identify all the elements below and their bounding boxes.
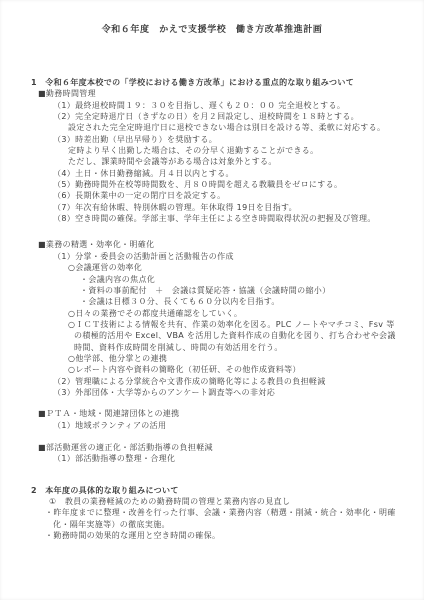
block-kinmu: ■勤務時間管理 （1）最終退校時間１９：３０を目指し、遅くも２０：００ 完全退校… — [0, 88, 424, 224]
doc-line: （2）管理職による分掌統合や文書作成の簡略化等による教員の負担軽減 — [0, 376, 424, 387]
doc-line: ○日々の業務でその都度共通確認をしていく。 — [0, 308, 424, 319]
doc-line: （6）長期休業中の一定の閉庁日を設定する。 — [0, 190, 424, 201]
document-page: 令和６年度 かえで支援学校 働き方改革推進計画 1 令和６年度本校での「学校にお… — [0, 0, 424, 600]
block-header: ■ＰＴＡ・地域・関連諸団体との連携 — [0, 408, 424, 419]
block-header: ■勤務時間管理 — [0, 88, 424, 99]
doc-line: （5）勤務時間外在校等時間数を、月８０時間を超える教職員をゼロにする。 — [0, 179, 424, 190]
block-gyomu: ■業務の精選・効率化・明確化 （1）分掌・委員会の活動計画と活動報告の作成 ○会… — [0, 239, 424, 398]
doc-line: （8）空き時間の確保。学部主事、学年主任による空き時間取得状況の把握及び管理。 — [0, 213, 424, 224]
doc-line: （1）地域ボランティアの活用 — [0, 420, 424, 431]
doc-line: （1）部活動指導の整理・合理化 — [0, 453, 424, 464]
doc-line: （1）最終退校時間１９：３０を目指し、遅くも２０：００ 完全退校とする。 — [0, 100, 424, 111]
section-2-heading: 2 本年度の具体的な取り組みについて — [0, 485, 424, 496]
doc-line: ○会議運営の効率化 — [0, 262, 424, 273]
doc-line: ・会議内容の焦点化 — [0, 274, 424, 285]
section-2: 2 本年度の具体的な取り組みについて ① 教員の業務軽減のための勤務時間の管理と… — [0, 485, 424, 542]
doc-line: ○ＩＣＴ技術による情報を共有、作業の効率化を図る。PLC ノートやマチコミ、Fs… — [0, 319, 424, 330]
doc-line: 定時より早く出勤した場合は、その分早く退勤することができる。 — [0, 145, 424, 156]
document-title: 令和６年度 かえで支援学校 働き方改革推進計画 — [0, 24, 424, 37]
doc-line: ただし、課業時間や会議等がある場合は対象外とする。 — [0, 156, 424, 167]
doc-line: ・会議は目標３０分、長くても６０分以内を目指す。 — [0, 296, 424, 307]
doc-line: （4）土日・休日勤務縮減。月４日以内とする。 — [0, 168, 424, 179]
doc-line: 時間、資料作成時間を削減し、時間の有効活用を行う。 — [0, 342, 424, 353]
block-bukatsu: ■部活動運営の適正化・部活動指導の負担軽減 （1）部活動指導の整理・合理化 — [0, 442, 424, 465]
section-1-heading: 1 令和６年度本校での「学校における働き方改革」における重点的な取り組みついて — [0, 77, 424, 88]
doc-line: （2）完全定時退庁日（きずなの日）を月２回設定し、退校時間を１８時とする。 — [0, 111, 424, 122]
doc-line: ① 教員の業務軽減のための勤務時間の管理と業務内容の見直し — [0, 496, 424, 507]
doc-line: ・資料の事前配付 ＋ 会議は質疑応答・協議（会議時間の縮小） — [0, 285, 424, 296]
doc-line: ・勤務時間の効果的な運用と空き時間の確保。 — [0, 530, 424, 541]
doc-line: （7）年次有給休暇、特別休暇の管理。年休取得 19日を目指す。 — [0, 202, 424, 213]
doc-line: ○他学部、他分掌との連携 — [0, 353, 424, 364]
doc-line: ○レポート内容や資料の簡略化（初任研、その他作成資料等） — [0, 364, 424, 375]
doc-line: （1）分掌・委員会の活動計画と活動報告の作成 — [0, 251, 424, 262]
block-header: ■業務の精選・効率化・明確化 — [0, 239, 424, 250]
doc-line: （3）外部団体・大学等からのアンケート調査等への非対応 — [0, 387, 424, 398]
doc-line: 化・隔年実施等）の徹底実施。 — [0, 519, 424, 530]
doc-line: の積極的活用や Excel、VBA を活用した資料作成の自動化を図り、打ち合わせ… — [0, 330, 424, 341]
doc-line: （3）時差出勤（早出早帰り）を奨励する。 — [0, 134, 424, 145]
block-pta: ■ＰＴＡ・地域・関連諸団体との連携 （1）地域ボランティアの活用 — [0, 408, 424, 431]
doc-line: ・昨年度までに整理・改善を行った行事、会議・業務内容（精選・削減・統合・効率化・… — [0, 507, 424, 518]
doc-line: 設定された完全定時退庁日に退校できない場合は別日を設ける等、柔軟に対応する。 — [0, 122, 424, 133]
block-header: ■部活動運営の適正化・部活動指導の負担軽減 — [0, 442, 424, 453]
